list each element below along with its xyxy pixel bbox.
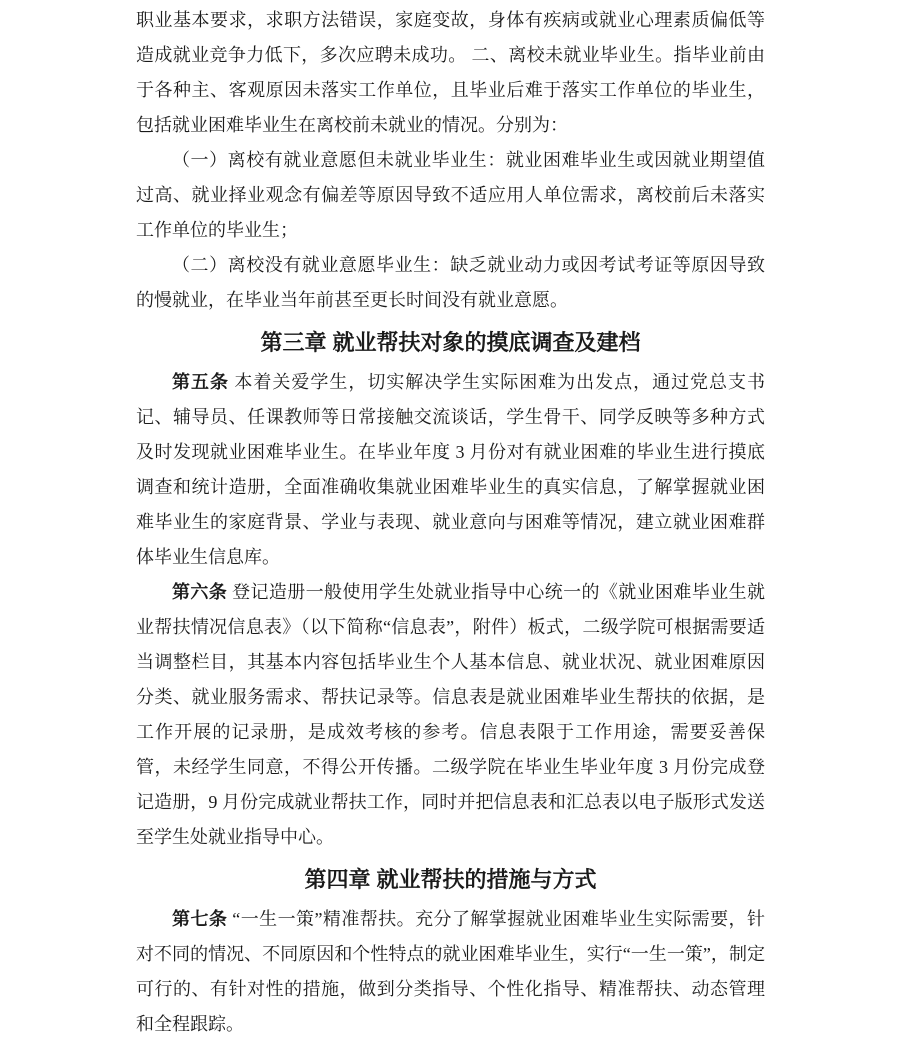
chapter-heading: 第三章 就业帮扶对象的摸底调查及建档 — [136, 325, 765, 360]
body-paragraph: 职业基本要求，求职方法错误，家庭变故，身体有疾病或就业心理素质偏低等造成就业竞争… — [136, 3, 765, 143]
article-number-lead: 第七条 — [172, 909, 227, 929]
paragraph-text: （一）离校有就业意愿但未就业毕业生：就业困难毕业生或因就业期望值过高、就业择业观… — [136, 150, 765, 240]
body-paragraph: 第五条 本着关爱学生，切实解决学生实际困难为出发点，通过党总支书记、辅导员、任课… — [136, 365, 765, 575]
article-number-lead: 第五条 — [172, 372, 229, 392]
paragraph-text: “一生一策”精准帮扶。充分了解掌握就业困难毕业生实际需要，针对不同的情况、不同原… — [136, 909, 765, 1034]
document-page: 职业基本要求，求职方法错误，家庭变故，身体有疾病或就业心理素质偏低等造成就业竞争… — [0, 0, 900, 1044]
article-number-lead: 第六条 — [172, 582, 227, 602]
paragraph-text: 职业基本要求，求职方法错误，家庭变故，身体有疾病或就业心理素质偏低等造成就业竞争… — [136, 10, 765, 135]
body-paragraph: 第六条 登记造册一般使用学生处就业指导中心统一的《就业困难毕业生就业帮扶情况信息… — [136, 575, 765, 855]
body-paragraph: （二）离校没有就业意愿毕业生：缺乏就业动力或因考试考证等原因导致的慢就业，在毕业… — [136, 248, 765, 318]
paragraph-text: （二）离校没有就业意愿毕业生：缺乏就业动力或因考试考证等原因导致的慢就业，在毕业… — [136, 255, 765, 310]
body-paragraph: 第七条 “一生一策”精准帮扶。充分了解掌握就业困难毕业生实际需要，针对不同的情况… — [136, 902, 765, 1042]
chapter-heading: 第四章 就业帮扶的措施与方式 — [136, 862, 765, 897]
paragraph-text: 登记造册一般使用学生处就业指导中心统一的《就业困难毕业生就业帮扶情况信息表》（以… — [136, 582, 765, 847]
body-paragraph: （一）离校有就业意愿但未就业毕业生：就业困难毕业生或因就业期望值过高、就业择业观… — [136, 143, 765, 248]
paragraph-text: 本着关爱学生，切实解决学生实际困难为出发点，通过党总支书记、辅导员、任课教师等日… — [136, 372, 765, 567]
